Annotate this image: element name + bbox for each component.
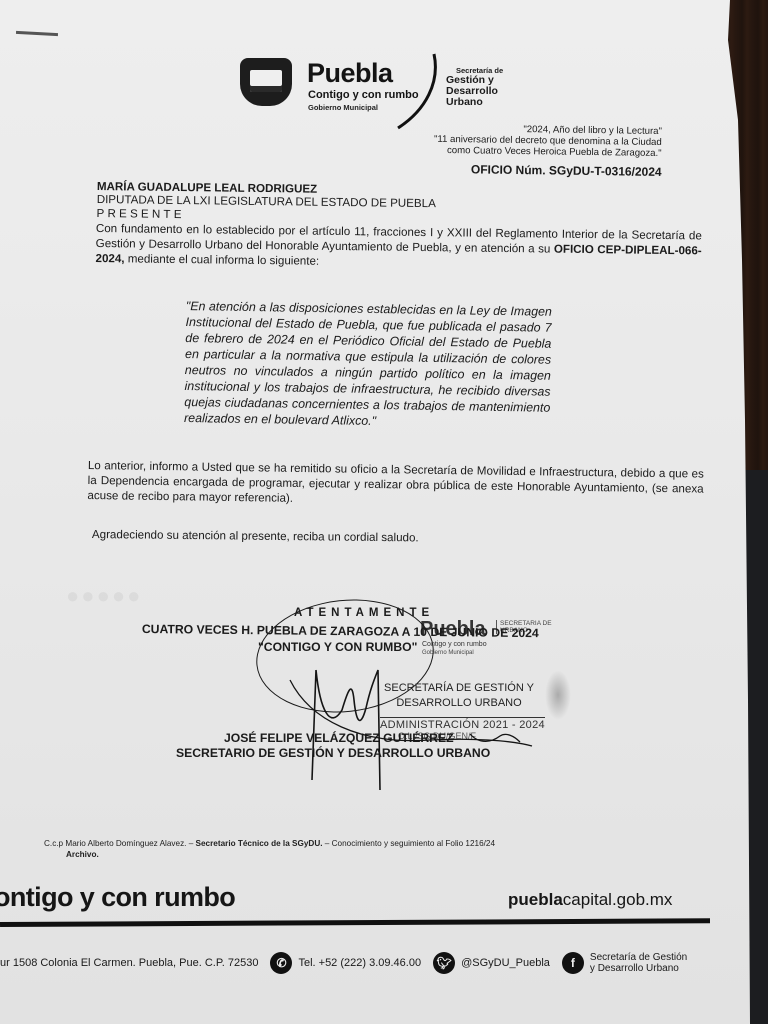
- dept-line3: Urbano: [446, 97, 518, 108]
- carbon-copy-note: C.c.p Mario Alberto Domínguez Alavez. – …: [44, 839, 495, 860]
- footer-contact-row: ur 1508 Colonia El Carmen. Puebla, Pue. …: [0, 952, 720, 974]
- ink-smudge: [545, 670, 571, 720]
- footer-twitter: 🐦︎ @SGyDU_Puebla: [433, 952, 550, 974]
- para1-text-b: mediante el cual informa lo siguiente:: [124, 252, 319, 267]
- stray-ink-mark: [16, 31, 58, 36]
- twitter-icon: 🐦︎: [433, 952, 455, 974]
- footer-twitter-text: @SGyDU_Puebla: [461, 957, 550, 969]
- oficio-number: OFICIO Núm. SGyDU-T-0316/2024: [471, 162, 662, 179]
- opening-paragraph: Con fundamento en lo establecido por el …: [95, 221, 702, 274]
- footer-phone-text: Tel. +52 (222) 3.09.46.00: [298, 957, 421, 969]
- ccp-role: Secretario Técnico de la SGyDU.: [196, 839, 323, 848]
- courtesy-paragraph: Agradeciendo su atención al presente, re…: [92, 528, 419, 544]
- footer-facebook-text: Secretaría de Gestión y Desarrollo Urban…: [590, 952, 687, 974]
- quoted-complaint: "En atención a las disposiciones estable…: [184, 298, 552, 432]
- stamp-logo-sub: Contigo y con rumbo: [422, 641, 487, 648]
- ccp-archivo: Archivo.: [44, 850, 495, 861]
- footer-web-bold: puebla: [508, 890, 563, 909]
- footer-phone: ✆ Tel. +52 (222) 3.09.46.00: [270, 952, 421, 974]
- footer-facebook: f Secretaría de Gestión y Desarrollo Urb…: [562, 952, 687, 974]
- handwritten-signature: [270, 650, 540, 800]
- ccp-prefix: C.c.p Mario Alberto Domínguez Alavez. –: [44, 839, 196, 848]
- footer-web-rest: capital.gob.mx: [563, 890, 673, 909]
- brand-slash-icon: [396, 52, 442, 130]
- bleed-through-mark: ●●●●●: [66, 583, 142, 609]
- footer-slogan: ontigo y con rumbo: [0, 882, 235, 913]
- facebook-icon: f: [562, 952, 584, 974]
- footer-website: pueblacapital.gob.mx: [508, 890, 672, 910]
- footer-address: ur 1508 Colonia El Carmen. Puebla, Pue. …: [0, 957, 258, 969]
- phone-icon: ✆: [270, 952, 292, 974]
- facebook-line1: Secretaría de Gestión: [590, 952, 687, 963]
- municipal-shield-icon: [240, 58, 292, 106]
- brand-gov: Gobierno Municipal: [308, 103, 378, 112]
- ccp-suffix: – Conocimiento y seguimiento al Folio 12…: [323, 839, 496, 848]
- response-paragraph: Lo anterior, informo a Usted que se ha r…: [87, 458, 704, 512]
- footer-divider: [0, 918, 710, 927]
- atentamente-label: ATENTAMENTE: [294, 607, 434, 619]
- facebook-line2: y Desarrollo Urbano: [590, 963, 687, 974]
- addressee-block: MARÍA GUADALUPE LEAL RODRIGUEZ DIPUTADA …: [97, 180, 437, 224]
- city-date-line: CUATRO VECES H. PUEBLA DE ZARAGOZA A 10 …: [142, 622, 539, 640]
- brand-name: Puebla: [307, 58, 393, 89]
- official-letter-page: Puebla Contigo y con rumbo Gobierno Muni…: [0, 0, 768, 1024]
- department-block: Secretaría de Gestión y Desarrollo Urban…: [446, 67, 518, 108]
- year-motto: "2024, Año del libro y la Lectura" "11 a…: [332, 121, 662, 159]
